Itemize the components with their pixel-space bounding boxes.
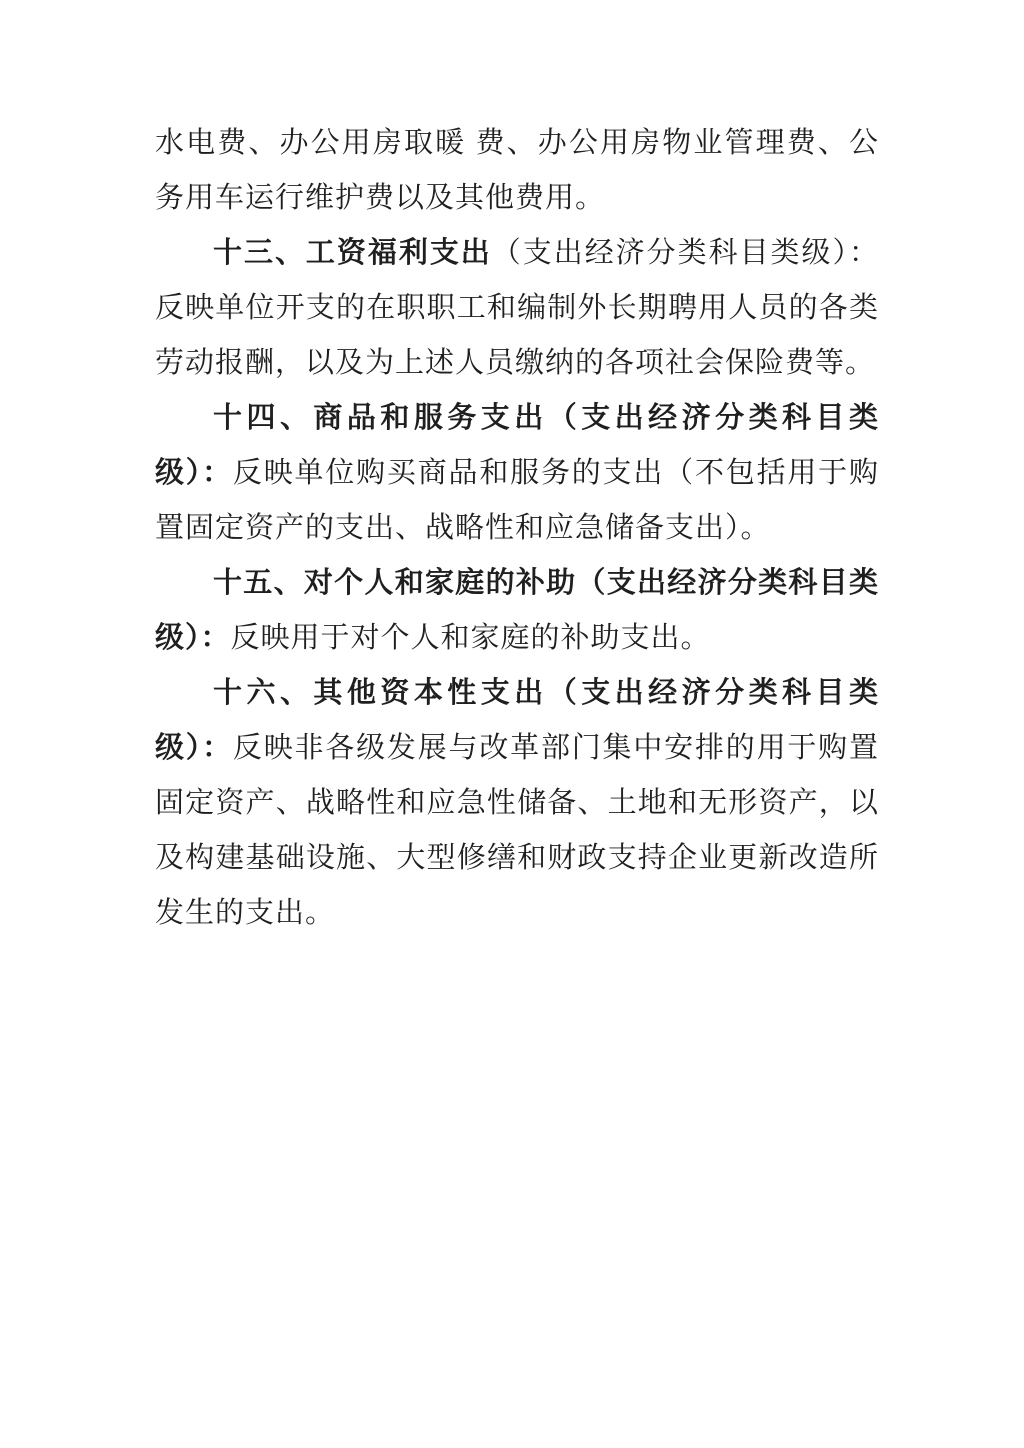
paragraph-heading: 十三、工资福利支出 [213,237,492,269]
paragraph-text: 反映用于对个人和家庭的补助支出。 [231,622,711,654]
paragraph-item-15: 十五、对个人和家庭的补助（支出经济分类科目类级）：反映用于对个人和家庭的补助支出… [155,556,879,666]
paragraph-item-13: 十三、工资福利支出（支出经济分类科目类级）：反映单位开支的在职职工和编制外长期聘… [155,226,879,391]
paragraph-text: 水电费、办公用房取暖 费、办公用房物业管理费、公务用车运行维护费以及其他费用。 [155,127,879,214]
document-page: 水电费、办公用房取暖 费、办公用房物业管理费、公务用车运行维护费以及其他费用。 … [0,0,1024,1448]
paragraph-text: 反映非各级发展与改革部门集中安排的用于购置固定资产、战略性和应急性储备、土地和无… [155,732,879,929]
paragraph-item-16: 十六、其他资本性支出（支出经济分类科目类级）：反映非各级发展与改革部门集中安排的… [155,666,879,941]
paragraph-continuation: 水电费、办公用房取暖 费、办公用房物业管理费、公务用车运行维护费以及其他费用。 [155,116,879,226]
paragraph-item-14: 十四、商品和服务支出（支出经济分类科目类级）：反映单位购买商品和服务的支出（不包… [155,391,879,556]
document-text-block: 水电费、办公用房取暖 费、办公用房物业管理费、公务用车运行维护费以及其他费用。 … [155,116,879,941]
paragraph-text: 反映单位购买商品和服务的支出（不包括用于购置固定资产的支出、战略性和应急储备支出… [155,457,879,544]
